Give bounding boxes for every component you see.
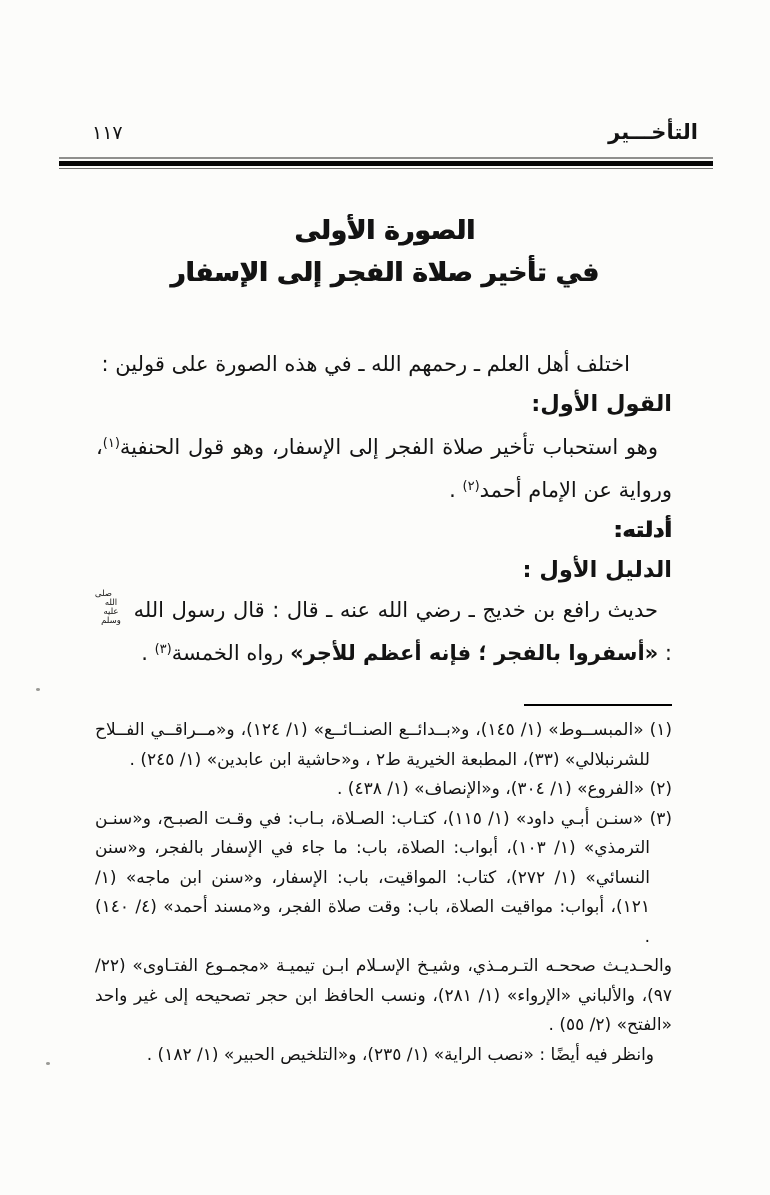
- header-rule: [59, 157, 713, 169]
- hadith-text-4: .: [141, 641, 154, 665]
- hadith-text-1: حديث رافع بن خديج ـ رضي الله عنه ـ قال :…: [126, 598, 658, 622]
- hadith-paragraph: حديث رافع بن خديج ـ رضي الله عنه ـ قال :…: [96, 590, 672, 673]
- footnote-ref-3: (٣): [155, 642, 172, 657]
- hadith-text-3: رواه الخمسة: [172, 641, 290, 665]
- footnote-2: (٢) «الفروع» (١/ ٣٠٤)، و«الإنصاف» (١/ ٤٣…: [95, 775, 672, 805]
- hadith-text-2: :: [658, 641, 672, 665]
- footnote-2-number: (٢): [650, 779, 672, 799]
- running-section-title: التأخـــير: [608, 120, 698, 144]
- footnote-separator-rule: [524, 704, 672, 706]
- heading-evidences: أدلته:: [96, 512, 672, 550]
- header-rule-thin-top: [59, 157, 713, 159]
- chapter-title-line1: الصورة الأولى: [0, 216, 770, 246]
- scan-speck: [46, 1062, 50, 1065]
- footnote-3-continuation-1: والحـديـث صححـه التـرمـذي، وشيـخ الإسـلا…: [95, 952, 672, 1041]
- pbuh-calligraphy: صلى الله عليه وسلم: [96, 590, 126, 626]
- book-page: التأخـــير ١١٧ الصورة الأولى في تأخير صل…: [0, 0, 770, 1195]
- heading-first-evidence: الدليل الأول :: [96, 550, 672, 590]
- footnote-1-text: «المبســوط» (١/ ١٤٥)، و«بــدائــع الصنــ…: [95, 720, 650, 770]
- header-rule-thin-bottom: [59, 168, 713, 169]
- hadith-quote: «أسفروا بالفجر ؛ فإنه أعظم للأجر»: [290, 641, 658, 665]
- scan-speck: [36, 688, 40, 691]
- chapter-title-line2: في تأخير صلاة الفجر إلى الإسفار: [0, 258, 770, 288]
- opinion-text-1: وهو استحباب تأخير صلاة الفجر إلى الإسفار…: [120, 435, 658, 459]
- page-header: التأخـــير ١١٧: [92, 120, 698, 144]
- footnotes-section: (١) «المبســوط» (١/ ١٤٥)، و«بــدائــع ال…: [95, 704, 672, 1070]
- body-text: اختلف أهل العلم ـ رحمهم الله ـ في هذه ال…: [96, 344, 672, 673]
- heading-first-opinion: القول الأول:: [96, 384, 672, 424]
- footnote-1: (١) «المبســوط» (١/ ١٤٥)، و«بــدائــع ال…: [95, 716, 672, 775]
- footnote-3-number: (٣): [650, 809, 672, 829]
- footnote-3-text: «سنـن أبـي داود» (١/ ١١٥)، كتـاب: الصـلا…: [95, 809, 650, 947]
- footnote-2-text: «الفروع» (١/ ٣٠٤)، و«الإنصاف» (١/ ٤٣٨) .: [337, 779, 644, 799]
- page-number: ١١٧: [92, 122, 123, 144]
- intro-text: اختلف أهل العلم ـ رحمهم الله ـ في هذه ال…: [102, 352, 630, 376]
- footnote-1-number: (١): [650, 720, 672, 740]
- header-rule-thick: [59, 161, 713, 166]
- opinion-text-3: .: [449, 478, 462, 502]
- footnote-ref-1: (١): [103, 436, 120, 451]
- footnote-3-continuation-2: وانظر فيه أيضًا : «نصب الراية» (١/ ٢٣٥)،…: [95, 1041, 672, 1071]
- opinion-paragraph: وهو استحباب تأخير صلاة الفجر إلى الإسفار…: [96, 424, 672, 510]
- intro-paragraph: اختلف أهل العلم ـ رحمهم الله ـ في هذه ال…: [96, 344, 672, 384]
- footnote-3: (٣) «سنـن أبـي داود» (١/ ١١٥)، كتـاب: ال…: [95, 805, 672, 953]
- footnote-ref-2: (٢): [463, 479, 480, 494]
